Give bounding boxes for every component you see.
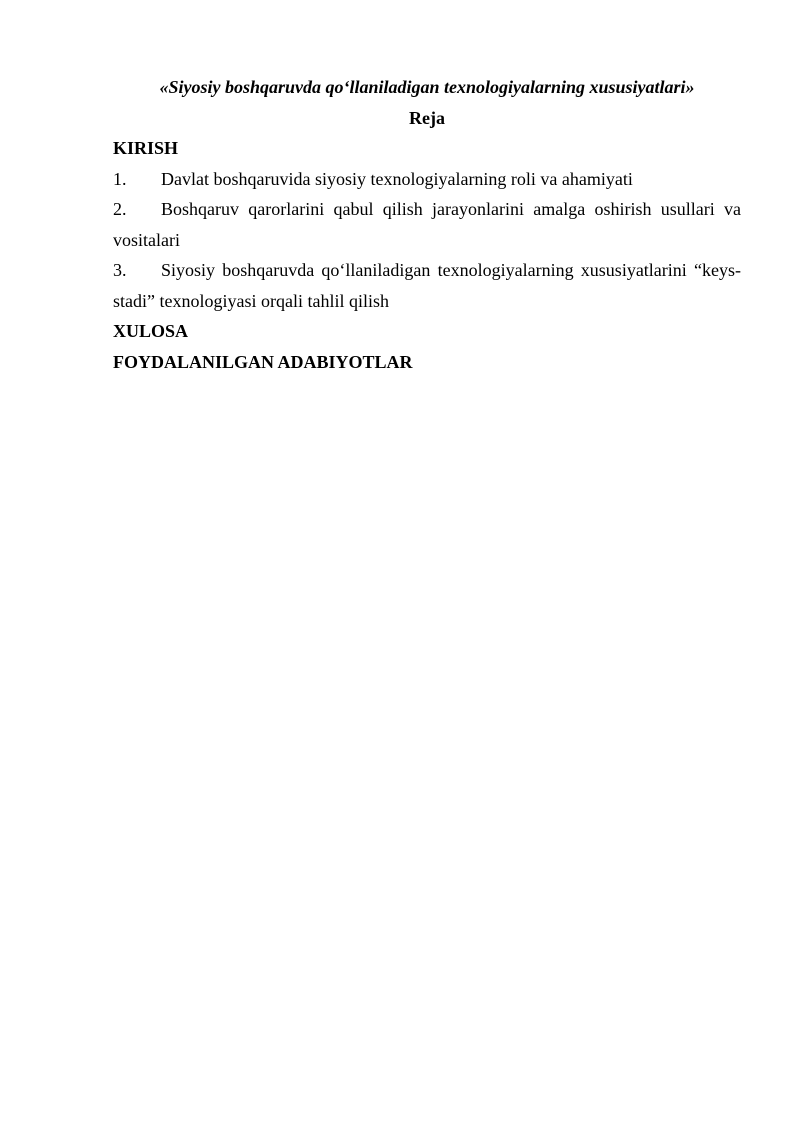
document-page: «Siyosiy boshqaruvda qo‘llaniladigan tex…: [113, 72, 741, 377]
plan-heading: Reja: [113, 103, 741, 134]
plan-item-2: 2.Boshqaruv qarorlarini qabul qilish jar…: [113, 194, 741, 255]
intro-heading: KIRISH: [113, 133, 741, 164]
references-heading: FOYDALANILGAN ADABIYOTLAR: [113, 347, 741, 378]
plan-item-1: 1.Davlat boshqaruvida siyosiy texnologiy…: [113, 164, 741, 195]
plan-item-text: Boshqaruv qarorlarini qabul qilish jaray…: [113, 199, 741, 250]
plan-item-number: 3.: [113, 255, 161, 286]
conclusion-heading: XULOSA: [113, 316, 741, 347]
plan-item-number: 2.: [113, 194, 161, 225]
plan-item-text: Siyosiy boshqaruvda qo‘llaniladigan texn…: [113, 260, 741, 311]
plan-item-text: Davlat boshqaruvida siyosiy texnologiyal…: [161, 169, 633, 189]
document-title: «Siyosiy boshqaruvda qo‘llaniladigan tex…: [113, 72, 741, 103]
plan-item-3: 3.Siyosiy boshqaruvda qo‘llaniladigan te…: [113, 255, 741, 316]
plan-item-number: 1.: [113, 164, 161, 195]
